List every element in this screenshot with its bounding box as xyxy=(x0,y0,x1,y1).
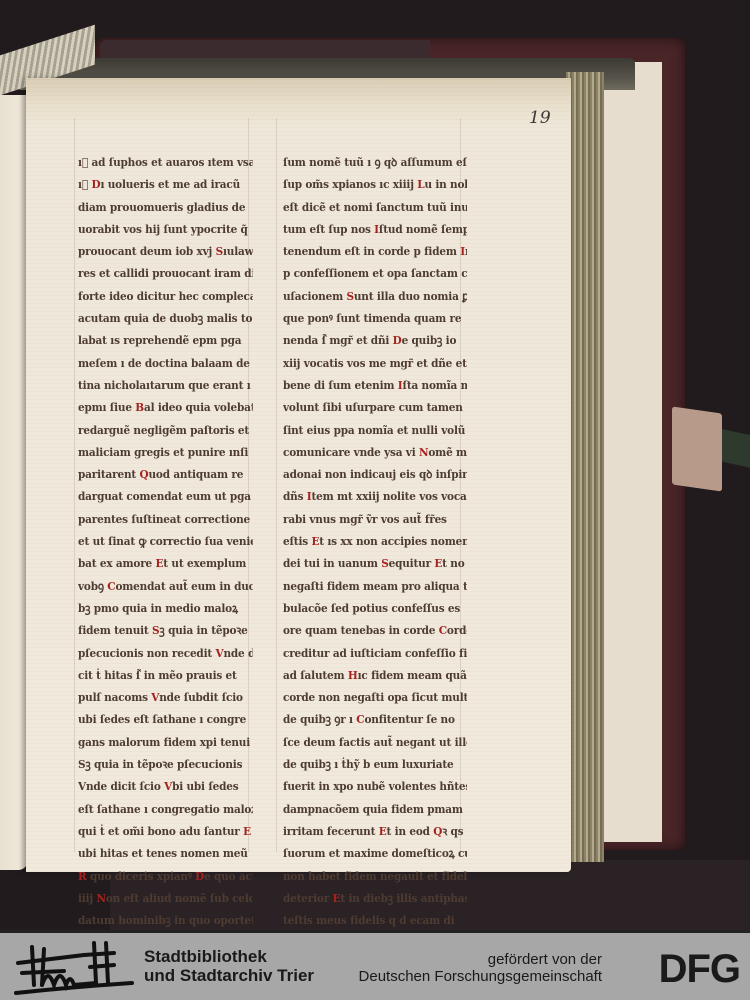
line-text: ı uolueris et me ad iracũ xyxy=(100,177,240,191)
manuscript-line: Vnde dicit ſcio Vbi ubi ſedes xyxy=(78,775,253,797)
manuscript-line: bꝫ pmo quia in medio maloꝝ xyxy=(78,597,253,619)
rubricated-initial: E xyxy=(434,556,442,570)
manuscript-line: Sꝫ quia in tẽpoꝛe pſecucionis xyxy=(78,753,253,775)
line-text: de quibꝫ ꝯr ı xyxy=(283,712,356,726)
manuscript-line: corde non negaſti opa ſicut multi xyxy=(283,686,467,708)
line-text: ꝛ qs xyxy=(442,824,463,838)
line-text: t in eod xyxy=(387,824,434,838)
manuscript-line: acutam quia de duobꝫ malis to xyxy=(78,307,253,329)
funding-line1: gefördert von der xyxy=(359,951,602,968)
line-text: datum hominibꝫ in quo oportet nos xyxy=(78,913,253,927)
manuscript-line: eſt dicẽ et nomi ſanctum tuũ inuoca xyxy=(283,196,467,218)
rubricated-initial: D xyxy=(195,869,204,883)
manuscript-line: ſce deum factis aut̃ negant ut ille xyxy=(283,731,467,753)
line-text: de quibꝫ ı ṫhỹ b eum luxuriate xyxy=(283,757,453,771)
line-text: nde di xyxy=(223,646,252,660)
manuscript-line: comunicare vnde ysa vi Nomẽ meũ xyxy=(283,441,467,463)
manuscript-line: teſtis meus fidelis q d ecam di xyxy=(283,909,467,930)
manuscript-line: vobꝯ Comendat aut̃ eum in duo xyxy=(78,575,253,597)
line-text: ı͏ᷓ xyxy=(78,177,92,191)
line-text: fidem tenuit xyxy=(78,623,152,637)
line-text: ubi ſedes eſt ſathane ı congre xyxy=(78,712,246,726)
line-text: que ponꝰ ſunt timenda quam re xyxy=(283,311,461,325)
manuscript-line: dñs Item mt xxiij nolite vos vocari xyxy=(283,485,467,507)
line-text: gans malorum fidem xpi tenui xyxy=(78,735,250,749)
line-text: cit ṫ hitas ſ̃ in mẽo prauis et xyxy=(78,668,237,682)
line-text: paritarent xyxy=(78,467,140,481)
line-text: ſce deum factis aut̃ negant ut ille xyxy=(283,735,467,749)
footer-banner: Stadtbibliothek und Stadtarchiv Trier ge… xyxy=(0,930,750,1000)
line-text: irritam fecerunt xyxy=(283,824,379,838)
manuscript-line: maliciam gregis et punire ınſi xyxy=(78,441,253,463)
line-text: n ore xyxy=(465,244,467,258)
manuscript-line: prouocant deum iob xvj Sıulaw xyxy=(78,240,253,262)
manuscript-line: uſacionem Sunt illa duo nomia ꝑ xyxy=(283,285,467,307)
line-text: acutam quia de duobꝫ malis to xyxy=(78,311,252,325)
manuscript-line: p confeſſionem et opa ſanctam con xyxy=(283,262,467,284)
manuscript-line: uorabit vos hij ſunt ypocrite q̃ xyxy=(78,218,253,240)
manuscript-line: qui ṫ et om̃i bono adu ſantur E xyxy=(78,820,253,842)
rubricated-initial: C xyxy=(356,712,364,726)
line-text: redarguẽ negligẽm paſtoris et xyxy=(78,423,249,437)
line-text: tenendum eſt in corde p fidem xyxy=(283,244,460,258)
manuscript-line: tum eſt ſup nos Iſtud nomẽ ſempar xyxy=(283,218,467,240)
manuscript-line: ore quam tenebas in corde Corde xyxy=(283,619,467,641)
manuscript-line: ſum nomẽ tuũ ı ꝯ qꝺ aſſumum eſt xyxy=(283,151,467,173)
manuscript-line: adonai non indicauj eis qꝺ inſpirati xyxy=(283,463,467,485)
line-text: ıc fidem meam quã xyxy=(358,668,467,682)
line-text: labat ıs reprehendẽ epm pga xyxy=(78,333,241,347)
manuscript-line: dei tui in uanum Sequitur Et no xyxy=(283,552,467,574)
manuscript-line: labat ıs reprehendẽ epm pga xyxy=(78,329,253,351)
library-name-line1: Stadtbibliothek xyxy=(144,947,314,966)
rubricated-initial: E xyxy=(155,556,163,570)
line-text: t ut exemplum xyxy=(163,556,246,570)
verso-page-edge xyxy=(0,95,28,870)
line-text: meſem ı de doctina balaam de dor xyxy=(78,356,253,370)
line-text: iiij xyxy=(78,891,96,905)
manuscript-line: datum hominibꝫ in quo oportet nos xyxy=(78,909,253,930)
line-text: res et callidi prouocant iram di xyxy=(78,266,253,280)
line-text: al ideo quia volebat xyxy=(144,400,253,414)
clasp-icon xyxy=(672,406,722,491)
manuscript-line: creditur ad iuſticiam confeſſio fit xyxy=(283,642,467,664)
line-text: Vnde dicit ſcio xyxy=(78,779,164,793)
line-text: e quo act xyxy=(204,869,253,883)
manuscript-line: eſtis Et ıs xx non accipies nomen xyxy=(283,530,467,552)
line-text: nenda ſ̃ mgr̃ et dñi xyxy=(283,333,393,347)
library-name-line2: und Stadtarchiv Trier xyxy=(144,966,314,985)
manuscript-line: de quibꝫ ı ṫhỹ b eum luxuriate xyxy=(283,753,467,775)
recto-page: 19 ı͏ᷓ ad ſuphos et auaros ıtem vsaı͏ᷓ D… xyxy=(26,78,571,872)
ruling-line xyxy=(276,118,277,852)
manuscript-line: epmı ſiue Bal ideo quia volebat xyxy=(78,396,253,418)
line-text: omẽ meũ xyxy=(428,445,467,459)
manuscript-line: negaſti fidem meam pro aliqua tri xyxy=(283,575,467,597)
line-text: epmı ſiue xyxy=(78,400,135,414)
line-text: non habet fidem negauit et fideli xyxy=(283,869,467,883)
line-text: on eſt aliud nomẽ ſub celo xyxy=(106,891,253,905)
manuscript-line: irritam fecerunt Et in eod Qꝛ qs xyxy=(283,820,467,842)
line-text: omendat aut̃ eum in duo xyxy=(115,579,252,593)
text-column-b: ſum nomẽ tuũ ı ꝯ qꝺ aſſumum eſtſup om̃s … xyxy=(283,151,483,930)
rubricated-initial: C xyxy=(439,623,447,637)
line-text: dñs xyxy=(283,489,307,503)
line-text: creditur ad iuſticiam confeſſio fit xyxy=(283,646,467,660)
manuscript-line: dampnacõem quia fidem pmam xyxy=(283,798,467,820)
line-text: ſuorum et maxime domeſticoꝝ cu xyxy=(283,846,467,860)
line-text: xiij vocatis vos me mgr̃ et dñe et xyxy=(283,356,467,370)
manuscript-line: bulacõe ſed potius confeſſus es xyxy=(283,597,467,619)
line-text: ꝫ quia in tẽpoꝛe xyxy=(159,623,247,637)
rubricated-initial: S xyxy=(381,556,388,570)
manuscript-line: bene di ſum etenim Iſta nomĩa mlti xyxy=(283,374,467,396)
rubricated-initial: E xyxy=(379,824,387,838)
text-column-a: ı͏ᷓ ad ſuphos et auaros ıtem vsaı͏ᷓ Dı u… xyxy=(78,151,268,930)
rubricated-initial: V xyxy=(215,646,223,660)
line-text: ore quam tenebas in corde xyxy=(283,623,439,637)
rubricated-initial: N xyxy=(96,891,105,905)
manuscript-line: ubi hitas et tenes nomen meũ xyxy=(78,842,253,864)
line-text: ı͏ᷓ ad ſuphos et auaros ıtem vsa xyxy=(78,155,253,169)
line-text: et ut ſinat ꝙ correctio ſua venie xyxy=(78,534,253,548)
line-text: t in diebꝫ illis antiphas xyxy=(340,891,467,905)
line-text: ıulaw xyxy=(223,244,253,258)
manuscript-line: iiij Non eſt aliud nomẽ ſub celo xyxy=(78,887,253,909)
manuscript-line: ı͏ᷓ ad ſuphos et auaros ıtem vsa xyxy=(78,151,253,173)
line-text: vobꝯ xyxy=(78,579,107,593)
line-text: bꝫ pmo quia in medio maloꝝ xyxy=(78,601,238,615)
funding-line2: Deutschen Forschungsgemeinschaft xyxy=(359,968,602,985)
line-text: ad ſalutem xyxy=(283,668,348,682)
line-text: corde non negaſti opa ſicut multi xyxy=(283,690,467,704)
line-text: bi ubi ſedes xyxy=(172,779,238,793)
line-text: eſt ſathane ı congregatio maloꝝ xyxy=(78,802,253,816)
manuscript-line: tenendum eſt in corde p fidem In ore xyxy=(283,240,467,262)
line-text: orde xyxy=(447,623,467,637)
line-text: qui ṫ et om̃i bono adu ſantur xyxy=(78,824,243,838)
line-text: bat ex amore xyxy=(78,556,155,570)
line-text: t no xyxy=(442,556,464,570)
line-text: bene di ſum etenim xyxy=(283,378,398,392)
rubricated-initial: H xyxy=(348,668,358,682)
ruling-line xyxy=(74,118,75,852)
manuscript-line: bat ex amore Et ut exemplum xyxy=(78,552,253,574)
line-text: ſum nomẽ tuũ ı ꝯ qꝺ aſſumum eſt xyxy=(283,155,467,169)
manuscript-line: res et callidi prouocant iram di xyxy=(78,262,253,284)
manuscript-line: diam prouomueris gladius de xyxy=(78,196,253,218)
line-text: unt illa duo nomia ꝑ xyxy=(354,289,467,303)
library-name: Stadtbibliothek und Stadtarchiv Trier xyxy=(144,947,314,985)
line-text: uorabit vos hij ſunt ypocrite q̃ xyxy=(78,222,248,236)
line-text: tum eſt ſup nos xyxy=(283,222,374,236)
line-text: deterior xyxy=(283,891,333,905)
line-text: quo diceris xpianꝰ xyxy=(87,869,196,883)
line-text: eſtis xyxy=(283,534,311,548)
line-text: fuerit in xpo nubẽ volentes hñtes xyxy=(283,779,467,793)
trier-city-skyline-logo-icon[interactable] xyxy=(12,937,137,997)
manuscript-line: cit ṫ hitas ſ̃ in mẽo prauis et xyxy=(78,664,253,686)
rubricated-initial: S xyxy=(152,623,159,637)
manuscript-line: non habet fidem negauit et fideli xyxy=(283,865,467,887)
rubricated-initial: N xyxy=(419,445,428,459)
line-text: e quibꝫ io xyxy=(402,333,457,347)
manuscript-line: ſup om̃s xpianos ıc xiiij Lu in nob xyxy=(283,173,467,195)
back-endpaper xyxy=(600,62,662,842)
line-text: pulſ nacoms xyxy=(78,690,151,704)
manuscript-line: darguat comendat eum ut pga xyxy=(78,485,253,507)
manuscript-line: et ut ſinat ꝙ correctio ſua venie xyxy=(78,530,253,552)
funding-notice: gefördert von der Deutschen Forschungsge… xyxy=(359,951,602,985)
manuscript-line: ſuorum et maxime domeſticoꝝ cu xyxy=(283,842,467,864)
manuscript-line: gans malorum fidem xpi tenui xyxy=(78,731,253,753)
line-text: forte ideo dicitur hec complecam xyxy=(78,289,253,303)
line-text: ſtud nomẽ ſempar xyxy=(379,222,467,236)
manuscript-line: meſem ı de doctina balaam de dor xyxy=(78,352,253,374)
rubricated-initial: C xyxy=(107,579,115,593)
manuscript-line: paritarent Quod antiquam re xyxy=(78,463,253,485)
manuscript-line: tina nicholaıtarum que erant ı xyxy=(78,374,253,396)
line-text: rabi vnus mgr̃ ṽr vos aut̃ fr̃es xyxy=(283,512,447,526)
line-text: bulacõe ſed potius confeſſus es xyxy=(283,601,460,615)
line-text: comunicare vnde ysa vi xyxy=(283,445,419,459)
manuscript-line: redarguẽ negligẽm paſtoris et xyxy=(78,419,253,441)
line-text: uod antiquam re xyxy=(148,467,243,481)
rubricated-initial: Q xyxy=(433,824,442,838)
line-text: tina nicholaıtarum que erant ı xyxy=(78,378,251,392)
text-block-fore-edge xyxy=(566,72,604,862)
rubricated-initial: B xyxy=(135,400,144,414)
rubricated-initial: S xyxy=(216,244,223,258)
manuscript-line: ubi ſedes eſt ſathane ı congre xyxy=(78,708,253,730)
manuscript-line: ſint eius ppa nomĩa et nulli volũ xyxy=(283,419,467,441)
rubricated-initial: R xyxy=(78,869,87,883)
line-text: negaſti fidem meam pro aliqua tri xyxy=(283,579,467,593)
rubricated-initial: E xyxy=(243,824,251,838)
line-text: dampnacõem quia fidem pmam xyxy=(283,802,463,816)
folio-number: 19 xyxy=(529,108,551,128)
line-text: equitur xyxy=(389,556,435,570)
rubricated-initial: L xyxy=(417,177,424,191)
line-text: adonai non indicauj eis qꝺ inſpirati xyxy=(283,467,467,481)
line-text: eſt dicẽ et nomi ſanctum tuũ inuoca xyxy=(283,200,467,214)
manuscript-line: fidem tenuit Sꝫ quia in tẽpoꝛe xyxy=(78,619,253,641)
manuscript-line: ad ſalutem Hıc fidem meam quã xyxy=(283,664,467,686)
manuscript-line: de quibꝫ ꝯr ı Confitentur ſe no xyxy=(283,708,467,730)
line-text: p confeſſionem et opa ſanctam con xyxy=(283,266,467,280)
line-text: nde ſubdit ſcio xyxy=(159,690,243,704)
line-text: prouocant deum iob xvj xyxy=(78,244,216,258)
line-text: onfitentur ſe no xyxy=(364,712,454,726)
line-text: volunt ſibi uſurpare cum tamen xyxy=(283,400,463,414)
manuscript-image-viewer: 19 ı͏ᷓ ad ſuphos et auaros ıtem vsaı͏ᷓ D… xyxy=(0,0,750,930)
line-text: darguat comendat eum ut pga xyxy=(78,489,251,503)
dfg-logo[interactable]: DFG xyxy=(659,949,740,989)
line-text: uſacionem xyxy=(283,289,346,303)
manuscript-line: eſt ſathane ı congregatio maloꝝ xyxy=(78,798,253,820)
rubricated-initial: D xyxy=(393,333,402,347)
line-text: dei tui in uanum xyxy=(283,556,381,570)
line-text: teſtis meus fidelis q d ecam di xyxy=(283,913,454,927)
manuscript-line: fuerit in xpo nubẽ volentes hñtes xyxy=(283,775,467,797)
line-text: ſup om̃s xpianos ıc xiiij xyxy=(283,177,417,191)
line-text: ſint eius ppa nomĩa et nulli volũ xyxy=(283,423,465,437)
line-text: pſecucionis non recedit xyxy=(78,646,215,660)
line-text: u in nob xyxy=(424,177,467,191)
line-text: t ıs xx non accipies nomen xyxy=(319,534,467,548)
line-text: ubi hitas et tenes nomen meũ xyxy=(78,846,248,860)
manuscript-line: nenda ſ̃ mgr̃ et dñi De quibꝫ io xyxy=(283,329,467,351)
manuscript-line: que ponꝰ ſunt timenda quam re xyxy=(283,307,467,329)
line-text: Sꝫ quia in tẽpoꝛe pſecucionis xyxy=(78,757,242,771)
rubricated-initial: Q xyxy=(140,467,149,481)
line-text: diam prouomueris gladius de xyxy=(78,200,245,214)
rubricated-initial: S xyxy=(346,289,353,303)
manuscript-line: xiij vocatis vos me mgr̃ et dñe et xyxy=(283,352,467,374)
manuscript-line: pſecucionis non recedit Vnde di xyxy=(78,642,253,664)
line-text: tem mt xxiij nolite vos vocari xyxy=(311,489,467,503)
line-text: ſta nomĩa mlti xyxy=(402,378,467,392)
manuscript-line: parentes ſuſtineat correctione xyxy=(78,508,253,530)
manuscript-line: R quo diceris xpianꝰ De quo act xyxy=(78,865,253,887)
line-text: maliciam gregis et punire ınſi xyxy=(78,445,248,459)
manuscript-line: forte ideo dicitur hec complecam xyxy=(78,285,253,307)
manuscript-line: ı͏ᷓ Dı uolueris et me ad iracũ xyxy=(78,173,253,195)
manuscript-line: deterior Et in diebꝫ illis antiphas xyxy=(283,887,467,909)
manuscript-line: pulſ nacoms Vnde ſubdit ſcio xyxy=(78,686,253,708)
manuscript-line: rabi vnus mgr̃ ṽr vos aut̃ fr̃es xyxy=(283,508,467,530)
manuscript-line: volunt ſibi uſurpare cum tamen xyxy=(283,396,467,418)
line-text: parentes ſuſtineat correctione xyxy=(78,512,250,526)
